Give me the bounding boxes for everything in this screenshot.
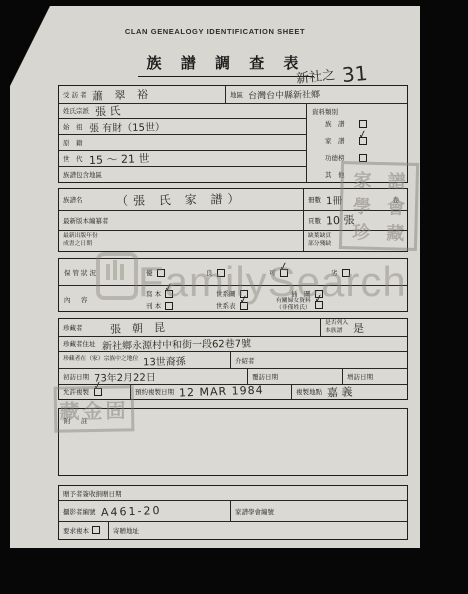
- row-interviewee-region: 受 訪 者 蕭 翠 裕 地區 台灣台中縣新社鄉: [59, 86, 407, 104]
- interviewee-label: 受 訪 者: [63, 90, 87, 99]
- first-visit-cell: 初訪日期 73年2月22日: [59, 368, 248, 384]
- seal-char: 會: [379, 193, 414, 220]
- visit-dates-row: 初訪日期 73年2月22日 覆訪日期 增訪日期: [59, 368, 407, 385]
- receipt-label: 贈予者簽收捐贈日期: [63, 489, 122, 498]
- ancestor-value: 張 有財（15世）: [88, 118, 164, 134]
- listed-label-line2: 本族譜: [325, 328, 348, 335]
- page-number-value: 31: [341, 61, 368, 87]
- seal-char: 藏: [378, 219, 413, 246]
- copy-date-label: 預約複製日期: [135, 387, 174, 396]
- introducer-cell: 介紹者: [231, 352, 407, 368]
- position-label: 珍藏者在（家）宗族中之地位: [63, 356, 138, 363]
- first-visit-value: 73年2月22日: [94, 368, 156, 384]
- origin-label: 原 籍: [63, 138, 83, 147]
- society-label: 家譜學會編號: [235, 507, 274, 516]
- copy-date-value: 12 MAR 1984: [179, 384, 264, 400]
- copy-request-row: 要求複本 寄贈地址: [59, 521, 407, 539]
- coverage-label: 族譜包含地區: [63, 170, 102, 179]
- listed-value: 是: [353, 319, 365, 335]
- checkbox-genealogy: [359, 120, 367, 128]
- keeper-label: 珍藏者: [63, 323, 83, 332]
- photographer-label: 攝影者編號: [63, 507, 96, 516]
- seal-char: 學: [345, 192, 380, 219]
- genealogy-title-value: （張 氏 家 譜）: [115, 190, 244, 209]
- english-title: CLAN GENEALOGY IDENTIFICATION SHEET: [10, 27, 420, 36]
- copy-date-cell: 預約複製日期 12 MAR 1984: [131, 384, 292, 399]
- genealogy-title-cell: 族譜名 （張 氏 家 譜）: [59, 189, 304, 210]
- category-family-register-label: 家 譜: [325, 136, 359, 145]
- position-row: 珍藏者在（家）宗族中之地位 13世裔孫 介紹者: [59, 352, 407, 369]
- extra-visit-cell: 增訪日期: [343, 368, 407, 384]
- section-processing: 贈予者簽收捐贈日期 攝影者編號 A461-20 家譜學會編號 要求複本 寄: [58, 485, 408, 540]
- copy-place-label: 複製地點: [296, 387, 322, 396]
- photographer-cell: 攝影者編號 A461-20: [59, 501, 231, 521]
- listed-label-line1: 是否列入: [325, 320, 348, 327]
- mailing-cell: 寄贈地址: [109, 521, 407, 539]
- generation-value: 15 ～ 21 世: [88, 149, 149, 167]
- pubyear-label-line1: 最新出版年份: [63, 233, 98, 240]
- copy-request-cell: 要求複本: [59, 521, 109, 539]
- pages-label: 頁數: [308, 216, 321, 225]
- checkbox-merit-board: [359, 154, 367, 162]
- checkbox-family-register: ✓: [359, 137, 367, 145]
- clan-label: 姓氏宗派: [63, 106, 89, 115]
- missing-label-line1: 缺葉缺頁: [308, 233, 331, 240]
- missing-label-line2: 部分殘缺: [308, 241, 331, 248]
- archive-seal-stamp: 家 譜 學 會 珍 藏: [339, 161, 419, 251]
- seal-char: 珍: [344, 218, 379, 245]
- keeper-cell: 珍藏者 張 朝 昆: [59, 319, 321, 336]
- first-visit-label: 初訪日期: [63, 372, 89, 381]
- microfilm-black-frame: CLAN GENEALOGY IDENTIFICATION SHEET 族 譜 …: [0, 0, 468, 594]
- content-women-note: （非僅姓氏）: [276, 305, 311, 312]
- numbers-row: 攝影者編號 A461-20 家譜學會編號: [59, 501, 407, 522]
- mailing-label: 寄贈地址: [113, 526, 139, 535]
- revisit-label: 覆訪日期: [252, 372, 278, 381]
- copy-place-value: 嘉 義: [327, 383, 353, 400]
- origin-row: 原 籍: [59, 135, 306, 151]
- copy-request-label: 要求複本: [63, 526, 89, 535]
- document-page: CLAN GENEALOGY IDENTIFICATION SHEET 族 譜 …: [10, 6, 420, 548]
- address-row: 珍藏者住址 新社鄉永源村中和街一段62巷7號: [59, 336, 407, 352]
- revisit-cell: 覆訪日期: [248, 368, 343, 384]
- region-cell: 地區 台灣台中縣新社鄉: [226, 86, 407, 103]
- keeper-value: 張 朝 昆: [109, 319, 165, 337]
- pubyear-cell: 最新出版年份 成書之日期: [59, 230, 304, 251]
- society-cell: 家譜學會編號: [231, 501, 407, 521]
- introducer-label: 介紹者: [235, 356, 255, 365]
- familysearch-watermark: FamilySearch: [138, 258, 407, 306]
- region-value: 台灣台中縣新社鄉: [248, 87, 320, 101]
- interviewee-cell: 受 訪 者 蕭 翠 裕: [59, 86, 226, 103]
- ancestor-row: 始 祖 張 有財（15世）: [59, 119, 306, 135]
- clan-value: 張 氏: [95, 102, 121, 119]
- position-value: 13世裔孫: [143, 352, 186, 368]
- compiler-cell: 最新版本編纂者: [59, 210, 304, 230]
- category-item-genealogy: 族 譜: [325, 119, 367, 128]
- receipt-row: 贈予者簽收捐贈日期: [59, 486, 407, 501]
- seal-char: 譜: [379, 167, 414, 194]
- seal-char: 家: [345, 166, 380, 193]
- condition-label: 保管狀況: [64, 268, 98, 277]
- generation-label: 世 代: [63, 154, 83, 163]
- content-label: 內 容: [64, 295, 90, 304]
- checkbox-copy-request: [92, 526, 100, 534]
- compiler-label: 最新版本編纂者: [63, 216, 109, 225]
- address-value: 新社鄉永源村中和街一段62巷7號: [101, 335, 250, 353]
- coverage-row: 族譜包含地區: [59, 167, 306, 182]
- form-title: 族 譜 調 查 表: [138, 52, 314, 77]
- region-label: 地區: [230, 90, 243, 99]
- category-genealogy-label: 族 譜: [325, 119, 359, 128]
- category-item-family-register: 家 譜 ✓: [325, 136, 367, 145]
- photographer-value: A461-20: [100, 503, 161, 518]
- pubyear-label-line2: 成書之日期: [63, 241, 98, 248]
- familysearch-tree-logo-icon: [96, 252, 138, 300]
- clan-row: 姓氏宗派 張 氏: [59, 103, 306, 119]
- library-collection-stamp: 藏金固: [54, 385, 135, 432]
- ancestor-label: 始 祖: [63, 122, 83, 131]
- listed-cell: 是否列入 本族譜 是: [321, 319, 407, 336]
- scan-corner-shadow: [10, 6, 50, 86]
- page-number-prefix: 新社之: [295, 64, 336, 87]
- extra-visit-label: 增訪日期: [347, 372, 373, 381]
- genealogy-title-label: 族譜名: [63, 195, 83, 204]
- interviewee-value: 蕭 翠 裕: [91, 85, 152, 103]
- generation-row: 世 代 15 ～ 21 世: [59, 151, 306, 167]
- position-cell: 珍藏者在（家）宗族中之地位 13世裔孫: [59, 352, 231, 368]
- category-label: 資料類別: [312, 107, 338, 116]
- copy-place-cell: 複製地點 嘉 義: [292, 384, 407, 399]
- volumes-label: 冊數: [308, 195, 321, 204]
- address-label: 珍藏者住址: [63, 339, 96, 348]
